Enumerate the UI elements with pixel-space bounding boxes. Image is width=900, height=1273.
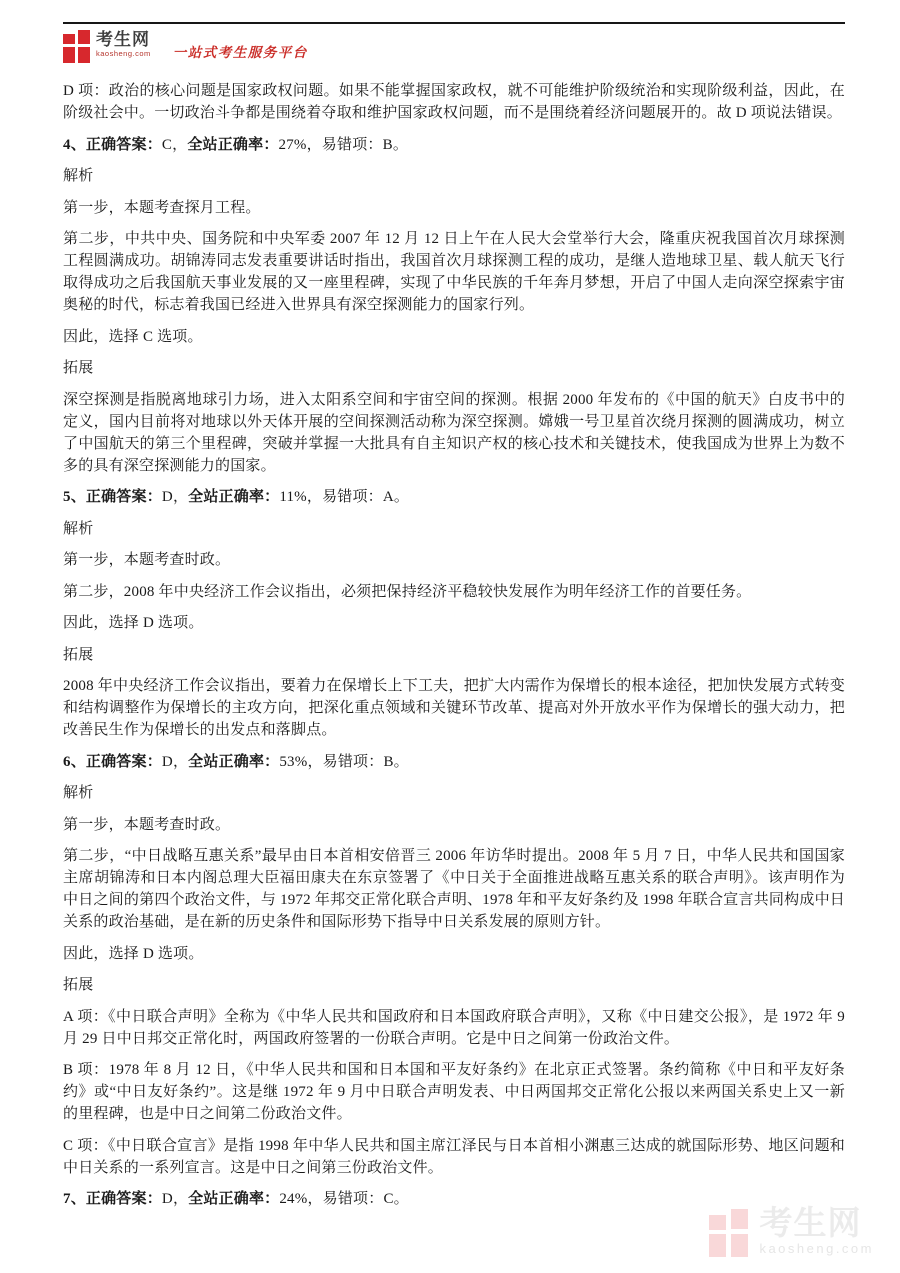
section-label-analysis: 解析 <box>63 518 845 540</box>
brand-domain: kaosheng.com <box>96 49 151 58</box>
watermark-brand-domain: kaosheng.com <box>759 1241 874 1256</box>
kaosheng-watermark-icon <box>709 1209 749 1257</box>
logo-block <box>63 47 75 63</box>
paragraph-conclusion: 因此，选择 C 选项。 <box>63 326 845 348</box>
brand-slogan: 一站式考生服务平台 <box>173 41 308 66</box>
rate-label: 全站正确率： <box>188 754 279 770</box>
rate-label: 全站正确率： <box>188 1191 279 1207</box>
answer-summary-q5: 5、正确答案：D，全站正确率：11%，易错项：A。 <box>63 486 845 508</box>
rate-value: 53%，易错项：B。 <box>279 754 409 770</box>
paragraph-d-option: D 项：政治的核心问题是国家政权问题。如果不能掌握国家政权，就不可能维护阶级统治… <box>63 80 845 124</box>
rate-value: 27%，易错项：B。 <box>279 137 409 153</box>
paragraph-option-b: B 项：1978 年 8 月 12 日，《中华人民共和国和日本国和平友好条约》在… <box>63 1059 845 1125</box>
brand-text: 考生网 kaosheng.com <box>96 30 151 58</box>
logo-block <box>709 1234 726 1257</box>
paragraph-step2: 第二步，“中日战略互惠关系”最早由日本首相安倍晋三 2006 年访华时提出。20… <box>63 845 845 933</box>
logo-block <box>709 1215 726 1230</box>
answer-value: D， <box>162 754 188 770</box>
paragraph-step2: 第二步，2008 年中央经济工作会议指出，必须把保持经济平稳较快发展作为明年经济… <box>63 581 845 603</box>
brand-name: 考生网 <box>96 30 151 49</box>
answer-label: 5、正确答案： <box>63 489 162 505</box>
answer-value: C， <box>162 137 187 153</box>
section-label-extension: 拓展 <box>63 357 845 379</box>
paragraph-option-c: C 项：《中日联合宣言》是指 1998 年中华人民共和国主席江泽民与日本首相小渊… <box>63 1135 845 1179</box>
rate-label: 全站正确率： <box>187 137 278 153</box>
answer-label: 4、正确答案： <box>63 137 162 153</box>
paragraph-extension: 2008 年中央经济工作会议指出，要着力在保增长上下工夫，把扩大内需作为保增长的… <box>63 675 845 741</box>
paragraph-step1: 第一步，本题考查探月工程。 <box>63 197 845 219</box>
paragraph-step1: 第一步，本题考查时政。 <box>63 814 845 836</box>
paragraph-step1: 第一步，本题考查时政。 <box>63 549 845 571</box>
section-label-analysis: 解析 <box>63 782 845 804</box>
section-label-extension: 拓展 <box>63 644 845 666</box>
logo-block <box>731 1234 748 1257</box>
section-label-extension: 拓展 <box>63 974 845 996</box>
section-label-analysis: 解析 <box>63 165 845 187</box>
answer-label: 7、正确答案： <box>63 1191 162 1207</box>
kaosheng-logo-icon <box>63 30 90 63</box>
paragraph-extension: 深空探测是指脱离地球引力场，进入太阳系空间和宇宙空间的探测。根据 2000 年发… <box>63 389 845 477</box>
watermark-brand-name: 考生网 <box>759 1206 874 1240</box>
rate-value: 24%，易错项：C。 <box>279 1191 409 1207</box>
rate-value: 11%，易错项：A。 <box>279 489 409 505</box>
answer-summary-q7: 7、正确答案：D，全站正确率：24%，易错项：C。 <box>63 1188 845 1210</box>
paragraph-conclusion: 因此，选择 D 选项。 <box>63 943 845 965</box>
logo-block <box>78 30 90 44</box>
brand-row: 考生网 kaosheng.com 一站式考生服务平台 <box>63 30 845 66</box>
answer-value: D， <box>162 489 188 505</box>
answer-value: D， <box>162 1191 188 1207</box>
paragraph-conclusion: 因此，选择 D 选项。 <box>63 612 845 634</box>
answer-label: 6、正确答案： <box>63 754 162 770</box>
logo-block <box>63 34 75 44</box>
paragraph-step2: 第二步，中共中央、国务院和中央军委 2007 年 12 月 12 日上午在人民大… <box>63 228 845 316</box>
header-divider <box>63 22 845 24</box>
document-page: 考生网 kaosheng.com 一站式考生服务平台 D 项：政治的核心问题是国… <box>0 0 900 1273</box>
rate-label: 全站正确率： <box>188 489 279 505</box>
page-header: 考生网 kaosheng.com 一站式考生服务平台 <box>0 0 900 66</box>
watermark-text: 考生网 kaosheng.com <box>759 1206 874 1256</box>
paragraph-option-a: A 项：《中日联合声明》全称为《中华人民共和国政府和日本国政府联合声明》，又称《… <box>63 1006 845 1050</box>
watermark: 考生网 kaosheng.com <box>709 1206 874 1257</box>
logo-block <box>731 1209 748 1229</box>
answer-summary-q4: 4、正确答案：C，全站正确率：27%，易错项：B。 <box>63 134 845 156</box>
answer-summary-q6: 6、正确答案：D，全站正确率：53%，易错项：B。 <box>63 751 845 773</box>
document-body: D 项：政治的核心问题是国家政权问题。如果不能掌握国家政权，就不可能维护阶级统治… <box>0 66 900 1210</box>
logo-block <box>78 47 90 63</box>
